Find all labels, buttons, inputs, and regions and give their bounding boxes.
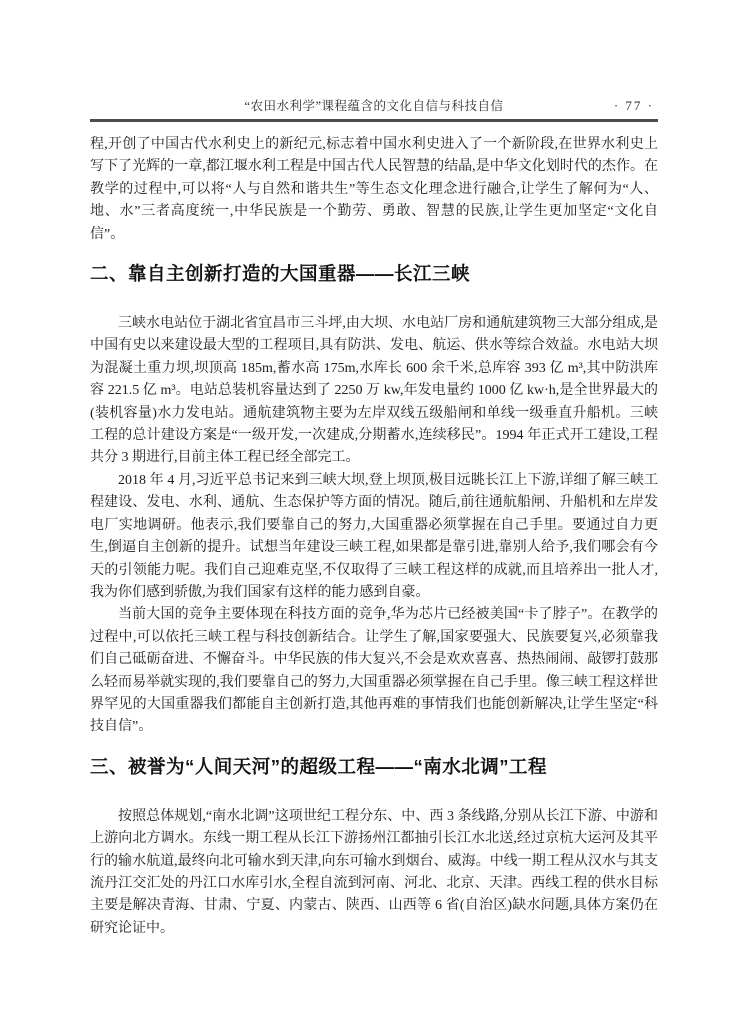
body-paragraph: 按照总体规划,“南水北调”这项世纪工程分东、中、西 3 条线路,分别从长江下游、… (90, 806, 658, 940)
page: “农田水利学”课程蕴含的文化自信与科技自信 · 77 · 程,开创了中国古代水利… (0, 0, 747, 1031)
body-paragraph: 程,开创了中国古代水利史上的新纪元,标志着中国水利史进入了一个新阶段,在世界水利… (90, 134, 658, 246)
body-paragraph: 三峡水电站位于湖北省宜昌市三斗坪,由大坝、水电站厂房和通航建筑物三大部分组成,是… (90, 313, 658, 470)
header-page-number: · 77 · (614, 97, 654, 115)
header-rule (90, 119, 658, 122)
page-header: “农田水利学”课程蕴含的文化自信与科技自信 · 77 · (90, 97, 658, 115)
body-paragraph: 当前大国的竞争主要体现在科技方面的竞争,华为芯片已经被美国“卡了脖子”。在教学的… (90, 604, 658, 738)
header-title: “农田水利学”课程蕴含的文化自信与科技自信 (90, 97, 658, 115)
body-paragraph: 2018 年 4 月,习近平总书记来到三峡大坝,登上坝顶,极目远眺长江上下游,详… (90, 470, 658, 604)
section-heading: 二、靠自主创新打造的大国重器——长江三峡 (90, 260, 658, 287)
article-body: 程,开创了中国古代水利史上的新纪元,标志着中国水利史进入了一个新阶段,在世界水利… (90, 134, 658, 940)
section-heading: 三、被誉为“人间天河”的超级工程——“南水北调”工程 (90, 753, 658, 780)
